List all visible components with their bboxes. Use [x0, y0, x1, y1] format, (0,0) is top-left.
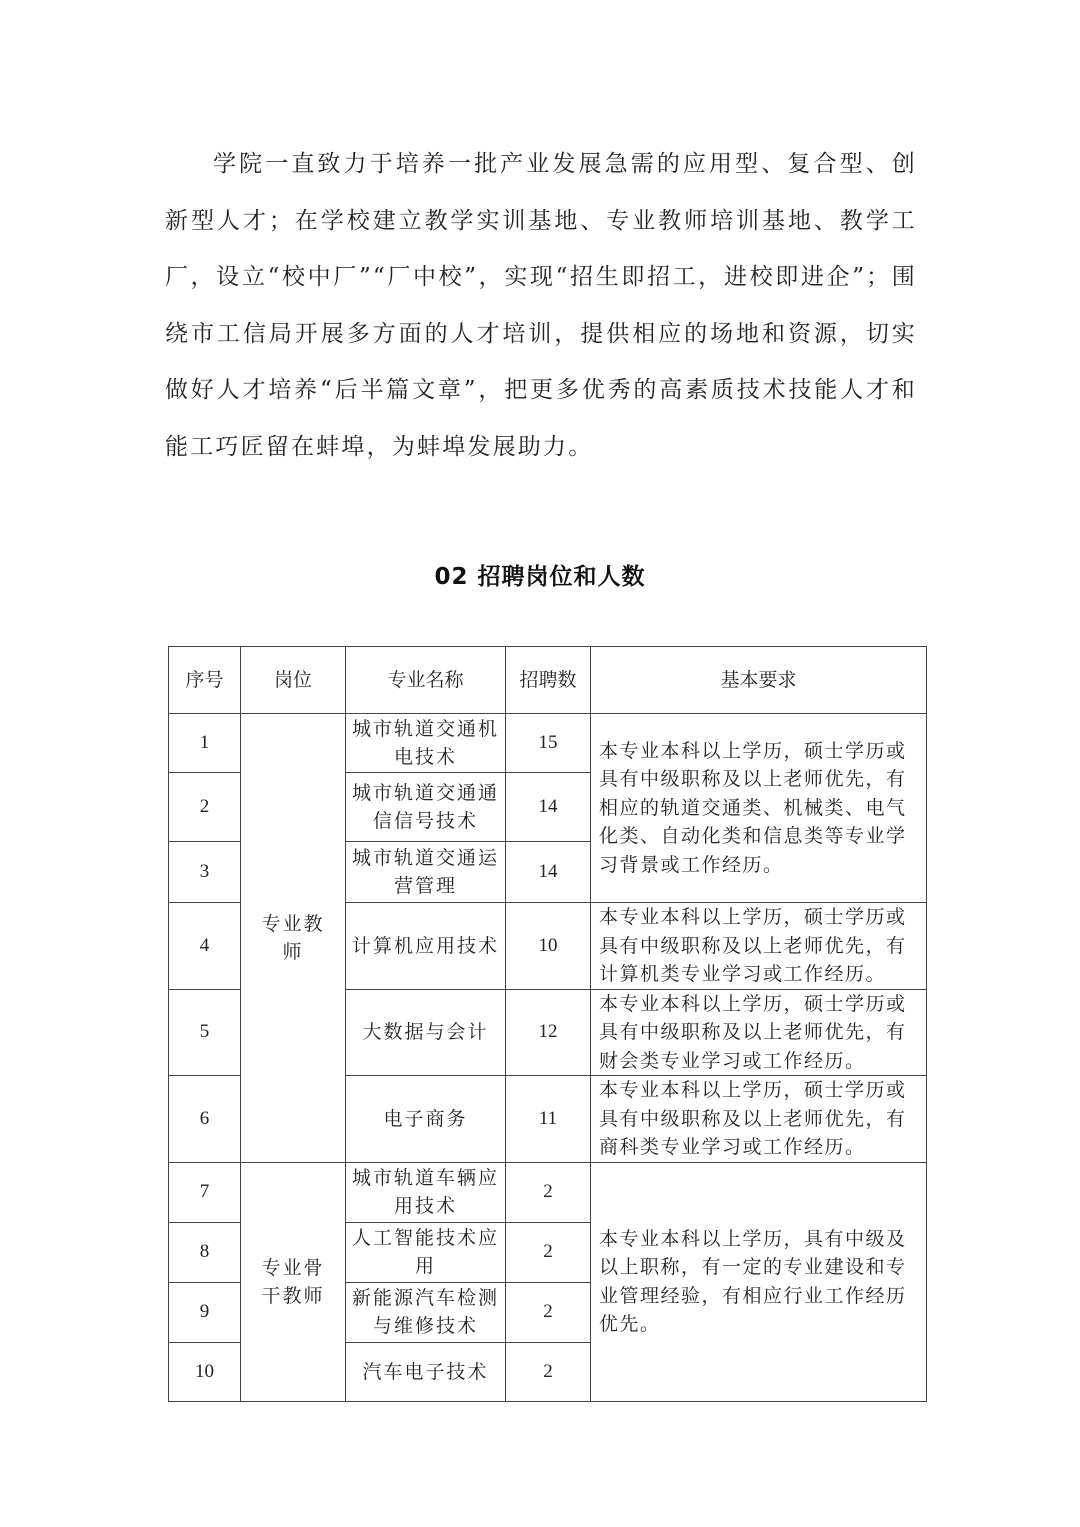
table-header-row: 序号 岗位 专业名称 招聘数 基本要求: [169, 647, 927, 714]
row-no: 3: [169, 842, 241, 903]
row-no: 5: [169, 989, 241, 1076]
row-major: 电子商务: [346, 1076, 506, 1163]
row-count: 12: [506, 989, 591, 1076]
requirement-cell: 本专业本科以上学历，硕士学历或具有中级职称及以上老师优先，有计算机类专业学习或工…: [591, 903, 927, 990]
section-title: 02 招聘岗位和人数: [0, 558, 1080, 591]
row-no: 2: [169, 773, 241, 842]
row-count: 15: [506, 714, 591, 773]
row-no: 1: [169, 714, 241, 773]
header-requirements: 基本要求: [591, 647, 927, 714]
recruitment-table: 序号 岗位 专业名称 招聘数 基本要求 1 专业教师 城市轨道交通机电技术 15…: [168, 646, 927, 1402]
position-cell: 专业教师: [241, 714, 346, 1163]
requirement-cell: 本专业本科以上学历，硕士学历或具有中级职称及以上老师优先，有商科类专业学习或工作…: [591, 1076, 927, 1163]
row-count: 14: [506, 842, 591, 903]
row-major: 计算机应用技术: [346, 903, 506, 990]
row-major: 城市轨道交通通信信号技术: [346, 773, 506, 842]
header-count: 招聘数: [506, 647, 591, 714]
row-major: 大数据与会计: [346, 989, 506, 1076]
row-major: 城市轨道交通机电技术: [346, 714, 506, 773]
position-label: 专业教师: [260, 910, 326, 966]
intro-paragraph: 学院一直致力于培养一批产业发展急需的应用型、复合型、创新型人才；在学校建立教学实…: [165, 136, 917, 475]
row-no: 4: [169, 903, 241, 990]
row-major: 汽车电子技术: [346, 1342, 506, 1401]
row-no: 8: [169, 1222, 241, 1282]
row-major: 人工智能技术应用: [346, 1222, 506, 1282]
row-count: 2: [506, 1282, 591, 1342]
table-row: 1 专业教师 城市轨道交通机电技术 15 本专业本科以上学历，硕士学历或具有中级…: [169, 714, 927, 773]
header-no: 序号: [169, 647, 241, 714]
header-position: 岗位: [241, 647, 346, 714]
requirement-cell: 本专业本科以上学历，具有中级及以上职称，有一定的专业建设和专业管理经验，有相应行…: [591, 1162, 927, 1401]
row-count: 2: [506, 1222, 591, 1282]
position-cell: 专业骨干教师: [241, 1162, 346, 1401]
row-count: 14: [506, 773, 591, 842]
row-count: 11: [506, 1076, 591, 1163]
row-no: 10: [169, 1342, 241, 1401]
intro-text: 学院一直致力于培养一批产业发展急需的应用型、复合型、创新型人才；在学校建立教学实…: [165, 136, 917, 475]
header-major: 专业名称: [346, 647, 506, 714]
row-major: 城市轨道车辆应用技术: [346, 1162, 506, 1222]
table-row: 7 专业骨干教师 城市轨道车辆应用技术 2 本专业本科以上学历，具有中级及以上职…: [169, 1162, 927, 1222]
requirement-cell: 本专业本科以上学历，硕士学历或具有中级职称及以上老师优先，有相应的轨道交通类、机…: [591, 714, 927, 903]
row-count: 2: [506, 1342, 591, 1401]
row-no: 7: [169, 1162, 241, 1222]
row-major: 城市轨道交通运营管理: [346, 842, 506, 903]
row-count: 10: [506, 903, 591, 990]
position-label: 专业骨干教师: [260, 1254, 326, 1310]
requirement-cell: 本专业本科以上学历，硕士学历或具有中级职称及以上老师优先，有财会类专业学习或工作…: [591, 989, 927, 1076]
row-no: 6: [169, 1076, 241, 1163]
row-major: 新能源汽车检测与维修技术: [346, 1282, 506, 1342]
row-count: 2: [506, 1162, 591, 1222]
row-no: 9: [169, 1282, 241, 1342]
